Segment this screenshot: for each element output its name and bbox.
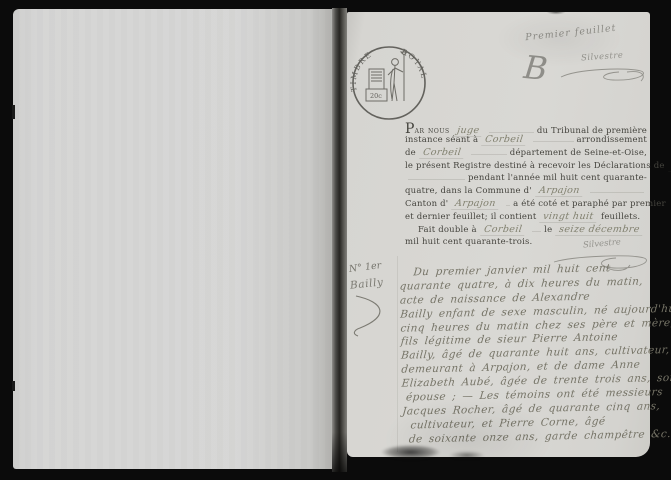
fill-judge: juge <box>453 125 483 137</box>
form-line: pendant l'année mil huit cent quarante- <box>405 173 647 186</box>
fill-date: seize décembre <box>555 224 643 236</box>
fill-place: Corbeil <box>480 224 526 236</box>
page-edge-nick <box>12 105 15 119</box>
fill-arrondissement: Corbeil <box>419 147 465 159</box>
form-line: et dernier feuillet; il contient vingt h… <box>405 211 647 224</box>
page-smudge <box>543 10 569 17</box>
stamp-value: 20c <box>370 92 382 100</box>
book-spine <box>332 8 347 472</box>
svg-text:TIMBRE: TIMBRE <box>349 50 374 93</box>
margin-flourish <box>350 294 396 338</box>
annotation-paraph-flourish <box>557 61 649 87</box>
fill-commune: Arpajon <box>535 185 583 197</box>
pencil-mark: B <box>522 48 549 88</box>
fill-canton: Arpajon <box>452 198 500 210</box>
fill-sheet-count: vingt huit <box>540 211 598 223</box>
form-line: le présent Registre destiné à recevoir l… <box>405 160 647 173</box>
timbre-royal-stamp: TIMBRE ROYAL 20c <box>349 43 429 123</box>
fill-city: Corbeil <box>481 134 527 146</box>
printed-form-block: Par nous juge du Tribunal de première in… <box>405 121 647 250</box>
form-line: Canton d' Arpajon a été coté et paraphé … <box>405 198 647 211</box>
handwritten-act-block: Du premier janvier mil huit cent quarant… <box>399 261 655 447</box>
act-number: N° 1er <box>348 260 381 275</box>
form-line: quatre, dans la Commune d' Arpajon <box>405 185 647 198</box>
form-line: instance séant à Corbeil arrondissement <box>405 134 647 147</box>
form-line: Fait double à Corbeil le seize décembre <box>418 224 647 237</box>
form-line: Par nous juge du Tribunal de première <box>405 121 647 134</box>
right-register-page: TIMBRE ROYAL 20c Premier feuillet Silves… <box>347 12 650 457</box>
act-name: Bailly <box>349 276 384 291</box>
left-blank-page <box>13 9 332 469</box>
page-stain <box>442 447 492 459</box>
page-edge-nick <box>12 381 15 391</box>
archival-note: Premier feuillet <box>525 20 645 43</box>
stamp-text-timbre: TIMBRE <box>349 50 374 93</box>
scanned-register-view: TIMBRE ROYAL 20c Premier feuillet Silves… <box>0 0 671 480</box>
form-line: de Corbeil département de Seine-et-Oise, <box>405 147 647 160</box>
margin-rule <box>397 256 398 452</box>
